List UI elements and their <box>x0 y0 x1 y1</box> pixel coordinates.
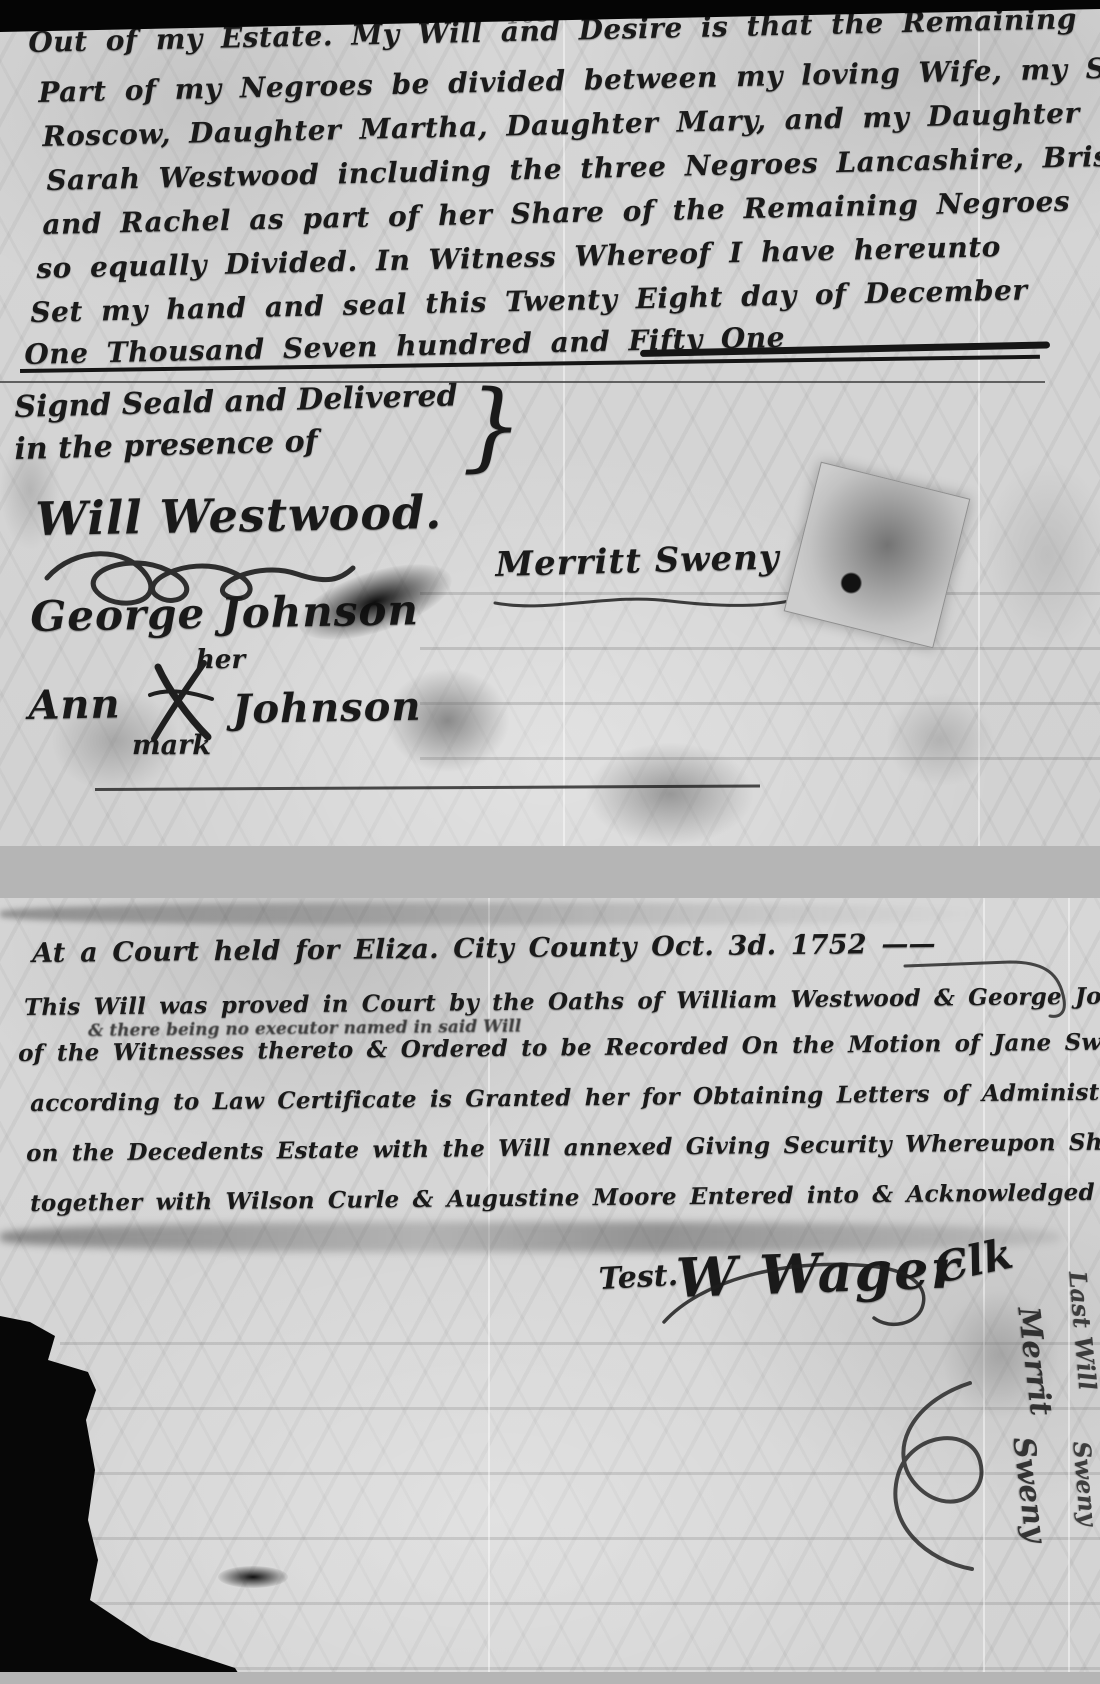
signature-ann-johnson-surname: Johnson <box>232 683 422 733</box>
ink-mark <box>218 1566 288 1588</box>
scan-divider-band <box>0 846 1100 898</box>
paper-stain <box>985 460 1100 650</box>
signature-underline-flourish <box>490 585 820 615</box>
smudge-band <box>0 903 980 925</box>
clerk-signature-flourish <box>660 1252 960 1352</box>
signature-ann: Ann <box>28 680 121 729</box>
ink-stain <box>585 742 755 846</box>
signature-merritt-sweny: Merritt Sweny <box>495 538 780 585</box>
brace-glyph: } <box>462 378 523 474</box>
scan-bottom-strip <box>0 1672 1100 1684</box>
manuscript-scan: Out of my Estate. My Will and Desire is … <box>0 0 1100 1684</box>
signature-will-westwood: Will Westwood. <box>35 485 443 546</box>
pen-flourish <box>850 1375 1020 1575</box>
mark-label-mark: mark <box>132 730 211 761</box>
ink-stain <box>885 692 995 787</box>
